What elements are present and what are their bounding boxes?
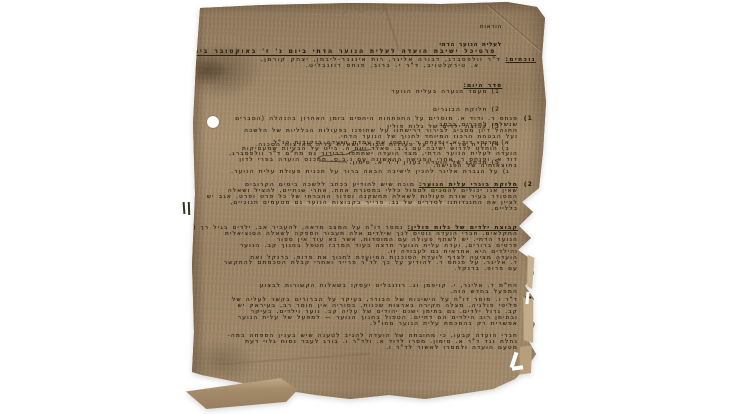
pen-marks — [183, 202, 193, 216]
paragraph-signatories-text: הח"מ ד. אלינר, י. קויפמן וג. רוזנבליט יע… — [260, 283, 518, 295]
bottom-crease-2 — [302, 375, 432, 384]
attendees-text: ד"ר וולפסברג, דבורה אלינר, רות אינגבר-לי… — [261, 57, 536, 69]
bottom-crease — [220, 353, 370, 365]
paper-sheet: הוראות לעלית הנוער הדתי פרטיכל ישיבת הוע… — [192, 2, 548, 406]
paragraph-4-text: ד"ר ו. מוסר דו"ח על הישיבות של הבורר, בע… — [232, 297, 518, 327]
paragraph-3-number: 3) — [524, 226, 533, 232]
paragraph-signatories: הח"מ ד. אלינר, י. קויפמן וג. רוזנבליט יע… — [260, 284, 518, 296]
paragraph-1-number: 1) — [524, 117, 533, 123]
agenda-item: 2) חלוקת הבוגרים — [255, 108, 500, 114]
doc-title-text: פרטיכל ישיבת הועדה לעלית הנוער הדתי ביום… — [165, 48, 496, 55]
attendees-block: נוכחים: ד"ר וולפסברג, דבורה אלינר, רות א… — [261, 58, 536, 70]
hole-punch — [207, 116, 219, 128]
paragraph-2-number: 2) — [524, 183, 533, 189]
agenda-item: 1) מעמד הנערה בעלית הנוער — [255, 90, 500, 96]
doc-header-line1: הוראות — [439, 25, 502, 31]
paper-shadow-wrap: הוראות לעלית הנוער הדתי פרטיכל ישיבת הוע… — [0, 0, 733, 414]
paragraph-3-text: נמסר דו"ח על המצב מדאה, להעביר אב, ילדים… — [111, 225, 518, 272]
torn-edge-sliver — [526, 255, 534, 289]
paragraph-1-text: פנחס ר. ודוד א. מוסרים על התפתחות היחסים… — [229, 116, 518, 175]
paragraph-3: 3)קבוצת ילדים של גלות פולין: נמסר דו"ח ע… — [111, 226, 518, 273]
scan-background: הוראות לעלית הנוער הדתי פרטיכל ישיבת הוע… — [0, 0, 733, 414]
paragraph-5-text: חברי הועדה קבעו, כי מחובתה של הועדה להגי… — [228, 333, 518, 351]
paragraph-5: 5)חברי הועדה קבעו, כי מחובתה של הועדה לה… — [228, 334, 518, 352]
paragraph-4: 4)ד"ר ו. מוסר דו"ח על הישיבות של הבורר, … — [232, 298, 518, 328]
paragraph-1: 1)פנחס ר. ודוד א. מוסרים על התפתחות היחס… — [229, 117, 518, 176]
torn-edge-sliver — [518, 345, 533, 376]
paragraph-2: 2)חלוקת בוגרי עלית הנוער: מוכח שיש להודי… — [207, 183, 518, 213]
